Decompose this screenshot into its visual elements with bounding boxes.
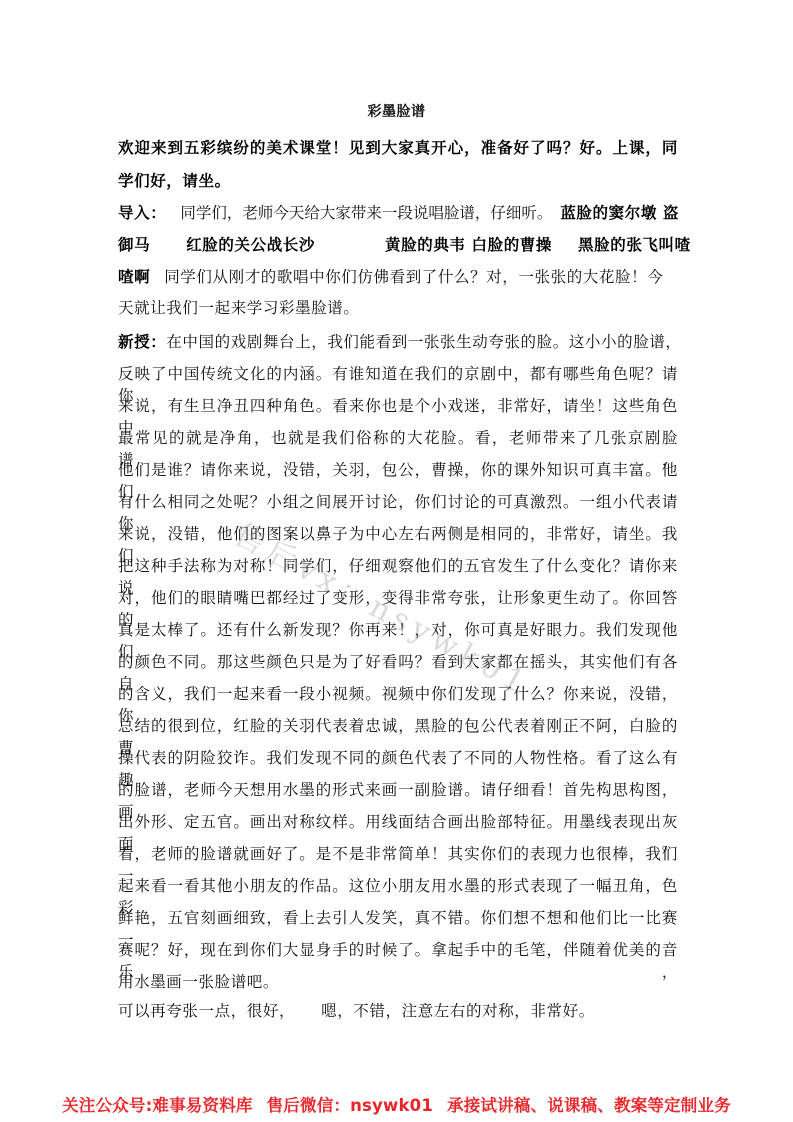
lyric-red-face: 红脸的关公战长沙 [186,236,315,254]
intro-line-4: 天就让我们一起来学习彩墨脸谱。 [118,297,678,319]
lyric-blue-face: 蓝脸的窦尔墩 盗 [560,204,679,222]
footer-wechat: 售后微信：nsywk01 [267,1096,433,1115]
lyric-yellow-white-face: 黄脸的典韦 白脸的曹操 [385,236,552,254]
closing-text-1: 可以再夸张一点，很好， [118,1002,295,1020]
document-page: 彩墨脸谱 欢迎来到五彩缤纷的美术课堂！见到大家真开心，准备好了吗？好。上课，同 … [0,0,793,1122]
new-lesson-label: 新授： [118,333,166,351]
lyric-continued: 御马 [118,236,150,254]
greeting-line-1: 欢迎来到五彩缤纷的美术课堂！见到大家真开心，准备好了吗？好。上课，同 [118,137,678,159]
closing-line: 可以再夸张一点，很好，嗯，不错，注意左右的对称，非常好。 [118,1000,678,1022]
document-title: 彩墨脸谱 [0,102,793,122]
intro-line-2: 御马红脸的关公战长沙黄脸的典韦 白脸的曹操黑脸的张飞叫喳 [118,234,678,256]
new-lesson-line-1: 新授：在中国的戏剧舞台上，我们能看到一张张生动夸张的脸。这小小的脸谱， [118,331,678,353]
intro-line-3: 喳啊同学们从刚才的歌唱中你们仿佛看到了什么？对，一张张的大花脸！今 [118,266,678,288]
closing-text-2: 嗯，不错，注意左右的对称，非常好。 [321,1002,595,1020]
intro-line-1: 导入：同学们，老师今天给大家带来一段说唱脸谱，仔细听。蓝脸的窦尔墩 盗 [118,202,678,224]
footer-account: 关注公众号:难事易资料库 [62,1096,253,1115]
footer-banner: 关注公众号:难事易资料库售后微信：nsywk01承接试讲稿、说课稿、教案等定制业… [0,1094,793,1118]
lyric-end: 喳啊 [118,268,150,286]
footer-services: 承接试讲稿、说课稿、教案等定制业务 [447,1096,731,1115]
intro-text: 同学们，老师今天给大家带来一段说唱脸谱，仔细听。 [180,204,552,222]
lyric-black-face: 黑脸的张飞叫喳 [578,236,691,254]
new-lesson-text: 在中国的戏剧舞台上，我们能看到一张张生动夸张的脸。这小小的脸谱， [166,333,681,351]
intro-label: 导入： [118,204,166,222]
intro-text-2: 同学们从刚才的歌唱中你们仿佛看到了什么？对，一张张的大花脸！今 [164,268,663,286]
paragraph-line: 用水墨画一张脸谱吧。 [118,971,678,993]
greeting-line-2: 学们好，请坐。 [118,170,678,192]
